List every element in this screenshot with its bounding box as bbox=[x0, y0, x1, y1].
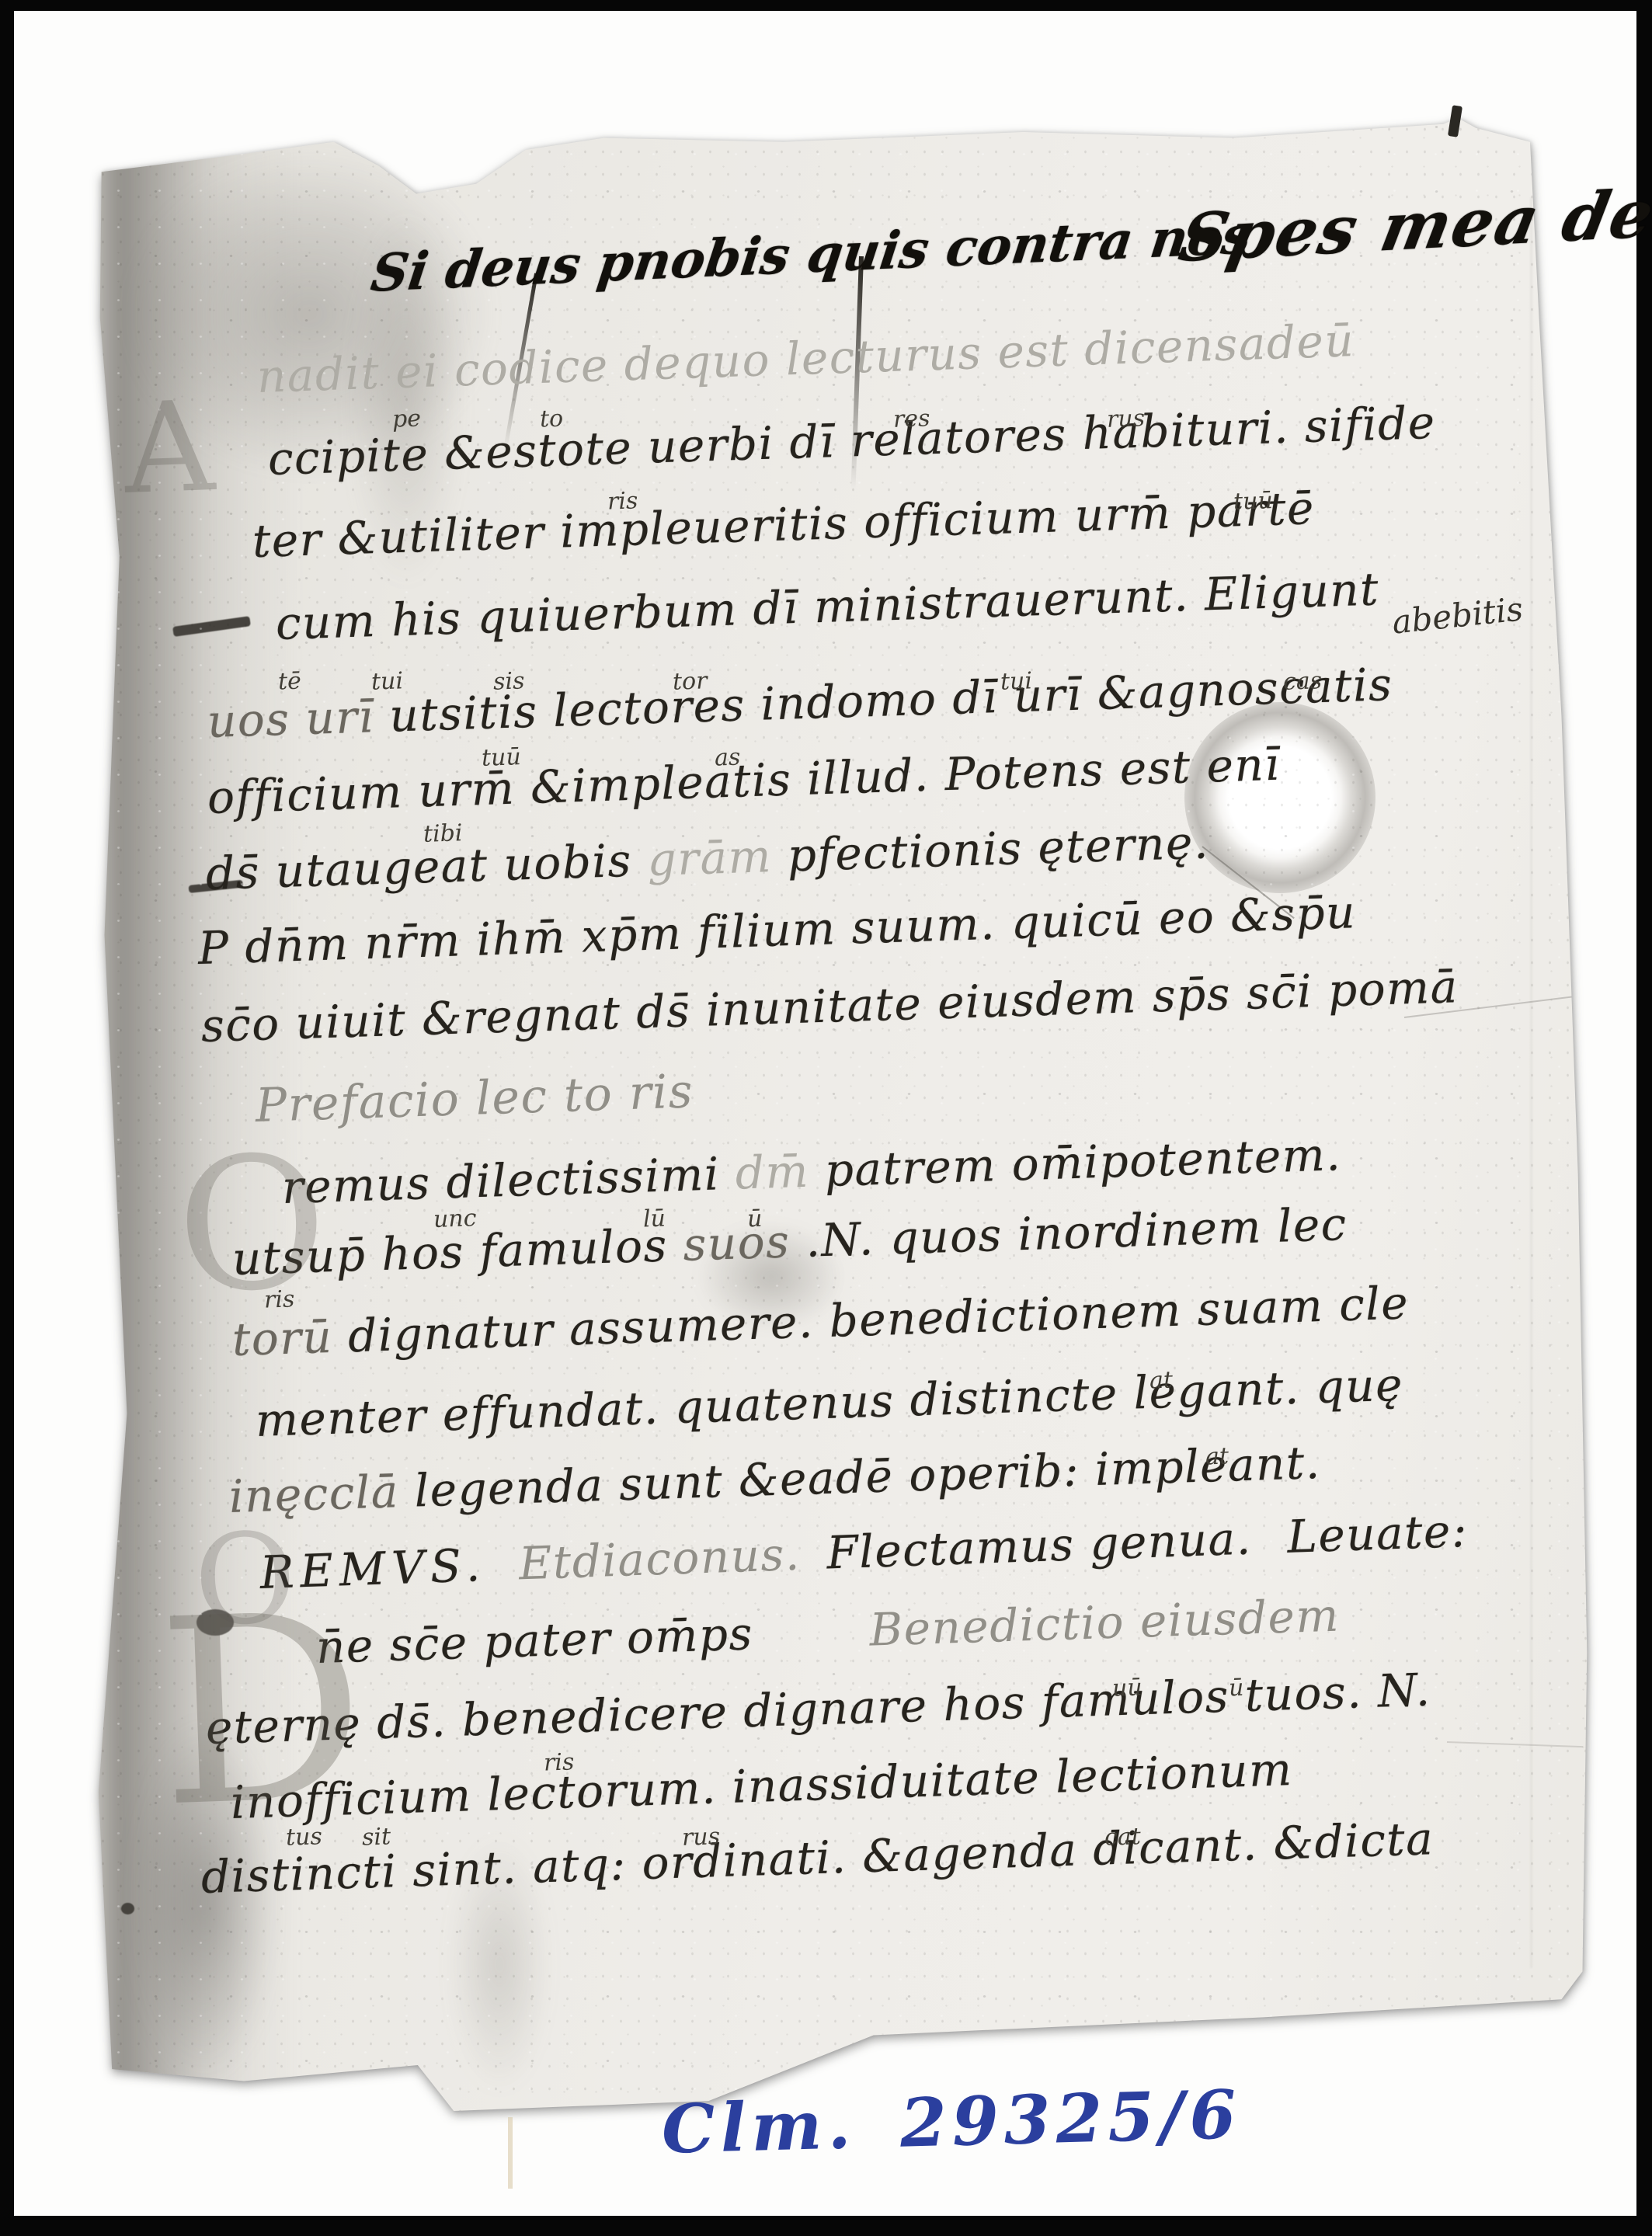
line-sco-uiuit: sc̄o uiuit &regnat ds̄ inunitate eiusdem… bbox=[200, 961, 1459, 1052]
interlinear-gloss: tui bbox=[370, 667, 403, 695]
line-eterne: ęternę ds̄. benedicere dignare hos famul… bbox=[205, 1664, 1431, 1754]
text-segment: officium urm̄ &impleatis illud. Potens e… bbox=[207, 738, 1281, 824]
text-segment: nadit ei codice dequo lecturus est dicen… bbox=[256, 314, 1355, 403]
interlinear-gloss: ū bbox=[746, 1205, 763, 1233]
ghost-initial-D: D bbox=[155, 1592, 369, 1830]
text-segment: suos bbox=[682, 1215, 806, 1271]
line-menter: menter effundat. quatenus distincte lega… bbox=[255, 1359, 1404, 1447]
line-cum-his: cum his quiuerbum dī ministrauerunt. Eli… bbox=[275, 563, 1380, 649]
text-layer: Si deus pnobis quis contra nos Spes mea … bbox=[0, 0, 1652, 2236]
interlinear-gloss: ū bbox=[1228, 1674, 1244, 1702]
line-in-officium: inofficium lectorum. inassiduitate lecti… bbox=[230, 1744, 1293, 1829]
text-segment: Flectamus genua. bbox=[826, 1511, 1252, 1579]
text-segment: Etdiaconus. bbox=[518, 1528, 802, 1591]
interlinear-gloss: res bbox=[892, 405, 930, 433]
manuscript-photo: Si deus pnobis quis contra nos Spes mea … bbox=[0, 0, 1652, 2236]
pen-trial-right: Spes mea deus bbox=[1174, 170, 1652, 277]
line-oremus: remus dilectissimi dm̄ patrem om̄ipotent… bbox=[281, 1128, 1342, 1214]
text-segment: .N. quos inordinem lec bbox=[805, 1198, 1348, 1268]
interlinear-gloss: ris bbox=[543, 1748, 575, 1776]
text-segment: pfectionis ęternę. bbox=[787, 815, 1210, 882]
text-segment: Leuate: bbox=[1286, 1504, 1469, 1563]
interlinear-gloss: tibi bbox=[423, 819, 463, 848]
text-segment: Benedictio eiusdem bbox=[868, 1589, 1340, 1657]
line-oremus-diaconus: REMVS.Etdiaconus.Flectamus genua.Leuate: bbox=[259, 1505, 1469, 1599]
line-ut-augeat: ds̄ utaugeat uobis grām pfectionis ętern… bbox=[205, 816, 1210, 899]
line-offset-faded: nadit ei codice dequo lecturus est dicen… bbox=[256, 315, 1355, 403]
text-segment: inofficium lectorum. inassiduitate lecti… bbox=[230, 1743, 1294, 1829]
text-segment: cum his quiuerbum dī ministrauerunt. Eli… bbox=[275, 562, 1380, 650]
text-segment: legenda sunt &eadē operib: impleant. bbox=[414, 1436, 1322, 1518]
line-per-dnm: P dn̄m nr̄m ihm̄ xp̄m filium suum. quicū… bbox=[197, 886, 1357, 975]
interlinear-gloss: tuū bbox=[481, 743, 521, 772]
interlinear-gloss: tor bbox=[672, 667, 708, 696]
interlinear-gloss: at bbox=[1149, 1366, 1173, 1394]
interlinear-gloss: uū bbox=[1111, 1674, 1142, 1702]
text-segment: uos urī bbox=[207, 690, 391, 748]
text-segment: menter effundat. quatenus distincte lega… bbox=[255, 1358, 1404, 1447]
line-in-ecclesia: inęcclā legenda sunt &eadē operib: imple… bbox=[228, 1437, 1322, 1523]
text-segment: dm̄ bbox=[735, 1144, 826, 1200]
interlinear-gloss: lū bbox=[642, 1205, 666, 1233]
interlinear-gloss: sis bbox=[492, 667, 525, 695]
text-segment: sc̄o uiuit &regnat ds̄ inunitate eiusdem… bbox=[200, 960, 1459, 1052]
text-segment: ęternę ds̄. benedicere dignare hos famul… bbox=[205, 1663, 1431, 1754]
interlinear-gloss: as bbox=[714, 743, 740, 771]
text-segment: remus dilectissimi bbox=[281, 1147, 736, 1214]
text-segment: grām bbox=[646, 829, 788, 886]
interlinear-gloss: cas bbox=[1282, 667, 1322, 696]
pen-trial-left: Si deus pnobis quis contra nos bbox=[367, 204, 1254, 304]
line-officium: officium urm̄ &impleatis illud. Potens e… bbox=[207, 739, 1281, 824]
interlinear-gloss: tui bbox=[1000, 667, 1032, 695]
line-torum: torū dignatur assumere. benedictionem su… bbox=[231, 1277, 1410, 1365]
interlinear-gloss: ris bbox=[607, 487, 638, 515]
margin-note: abebitis bbox=[1390, 589, 1525, 641]
ghost-initial-O: O bbox=[174, 1141, 329, 1310]
interlinear-gloss: tuū bbox=[1233, 487, 1273, 516]
interlinear-gloss: rus bbox=[681, 1823, 720, 1852]
line-ut-super: utsup̄ hos famulos suos .N. quos inordin… bbox=[231, 1198, 1348, 1285]
interlinear-gloss: at bbox=[1205, 1442, 1229, 1470]
text-segment: ter &utiliter impleueritis officium urm̄… bbox=[252, 482, 1316, 568]
interlinear-gloss: tē bbox=[277, 667, 301, 695]
interlinear-gloss: cat bbox=[1104, 1823, 1141, 1852]
text-segment: P dn̄m nr̄m ihm̄ xp̄m filium suum. quicū… bbox=[197, 885, 1357, 975]
line-dne-pater: n̄e sc̄e pater om̄psBenedictio eiusdem bbox=[315, 1590, 1341, 1674]
interlinear-gloss: pe bbox=[391, 405, 421, 433]
line-utiliter: ter &utiliter impleueritis officium urm̄… bbox=[252, 482, 1316, 568]
interlinear-gloss: rus bbox=[1106, 405, 1145, 433]
shelfmark-label: Clm. 29325/6 bbox=[661, 2075, 1243, 2169]
text-segment: n̄e sc̄e pater om̄ps bbox=[315, 1607, 754, 1674]
interlinear-gloss: unc bbox=[433, 1205, 477, 1233]
text-segment: utsitis lectores indomo dī urī &agnoscat… bbox=[388, 658, 1393, 742]
ghost-initial-A: A bbox=[123, 391, 217, 506]
interlinear-gloss: to bbox=[539, 405, 563, 433]
text-segment: dignatur assumere. benedictionem suam cl… bbox=[347, 1276, 1410, 1362]
text-segment: patrem om̄ipotentem. bbox=[824, 1128, 1342, 1197]
